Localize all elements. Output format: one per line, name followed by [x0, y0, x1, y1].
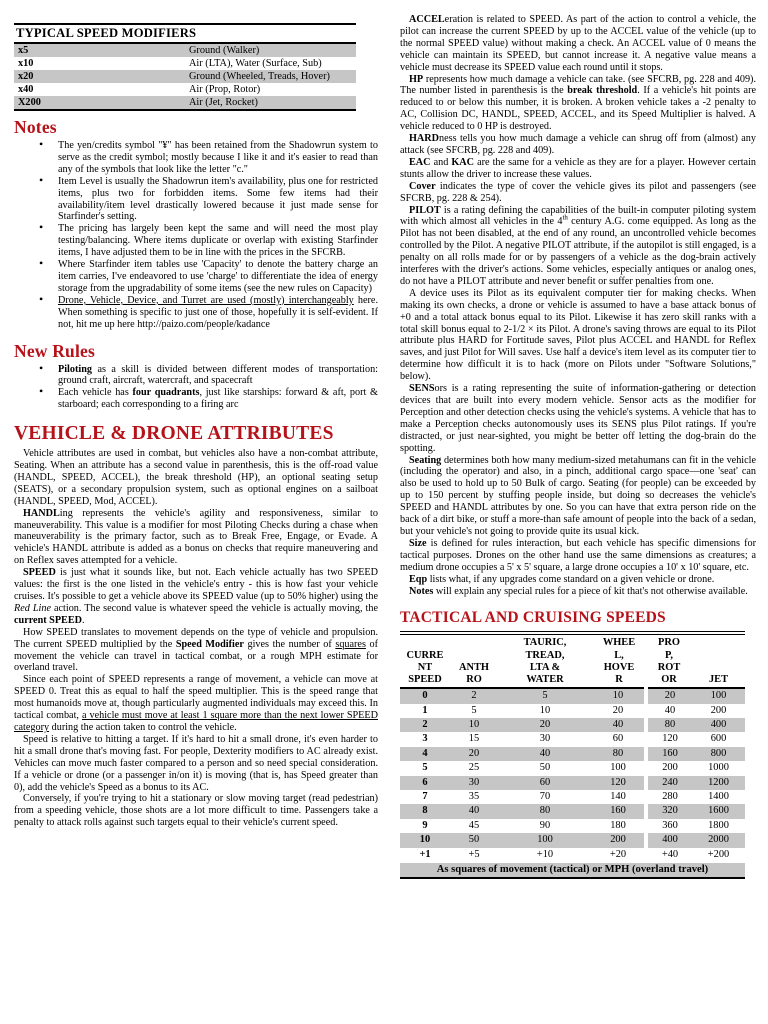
- text-run: four quadrants: [133, 387, 200, 398]
- table-cell: 90: [498, 819, 592, 833]
- table-cell: 3: [400, 732, 450, 746]
- table-cell: 5: [498, 688, 592, 703]
- table-cell: 1400: [692, 790, 745, 804]
- paragraph: A device uses its Pilot as its equivalen…: [400, 288, 756, 383]
- column-header: JET: [692, 635, 745, 688]
- table-cell: 100: [592, 761, 646, 775]
- table-cell: 2: [450, 688, 498, 703]
- paragraph: Cover indicates the type of cover the ve…: [400, 181, 756, 205]
- table-cell: 20: [646, 688, 692, 703]
- table-cell: 1200: [692, 776, 745, 790]
- table-cell: 25: [450, 761, 498, 775]
- table-cell: 100: [498, 833, 592, 847]
- table-cell: 9: [400, 819, 450, 833]
- table-row: 15102040200: [400, 704, 745, 718]
- table-row: x10Air (LTA), Water (Surface, Sub): [14, 57, 356, 70]
- table-cell: Air (LTA), Water (Surface, Sub): [185, 57, 356, 70]
- table-row: 210204080400: [400, 718, 745, 732]
- text-run: HANDL: [23, 508, 60, 519]
- table-cell: 4: [400, 747, 450, 761]
- text-run: Red Line: [14, 603, 51, 614]
- text-run: eration is related to SPEED. As part of …: [400, 14, 756, 73]
- text-run: Speed Modifier: [176, 639, 244, 650]
- table-cell: 400: [646, 833, 692, 847]
- table-cell: 40: [450, 804, 498, 818]
- text-run: Piloting: [58, 364, 92, 375]
- text-run: will explain any special rules for a pie…: [433, 586, 747, 597]
- text-run: KAC: [451, 157, 474, 168]
- table-cell: 120: [646, 732, 692, 746]
- text-run: action. The second value is whatever spe…: [51, 603, 378, 614]
- text-run: Cover: [409, 181, 436, 192]
- left-column: TYPICAL SPEED MODIFIERS x5Ground (Walker…: [14, 14, 378, 879]
- table-cell: 5: [400, 761, 450, 775]
- table-cell: 2: [400, 718, 450, 732]
- table-cell: 20: [592, 704, 646, 718]
- text-run: current SPEED: [14, 615, 82, 626]
- table-cell: 80: [592, 747, 646, 761]
- text-run: ACCEL: [409, 14, 445, 25]
- text-run: SENS: [409, 383, 434, 394]
- table-cell: 1600: [692, 804, 745, 818]
- table-row: 735701402801400: [400, 790, 745, 804]
- table-cell: 120: [592, 776, 646, 790]
- text-run: ing represents the vehicle's agility and…: [14, 508, 378, 567]
- text-run: indicates the type of cover the vehicle …: [400, 181, 756, 204]
- table-cell: Air (Jet, Rocket): [185, 96, 356, 110]
- text-run: A device uses its Pilot as its equivalen…: [400, 288, 756, 382]
- table-cell: 60: [592, 732, 646, 746]
- table-cell: x20: [14, 70, 185, 83]
- table-row: +1+5+10+20+40+200: [400, 848, 745, 863]
- paragraph: Size is defined for rules interaction, b…: [400, 538, 756, 574]
- table-cell: 200: [592, 833, 646, 847]
- attribute-definitions-paragraphs: ACCELeration is related to SPEED. As par…: [400, 14, 756, 597]
- notes-bullet: The yen/credits symbol "¥" has been reta…: [14, 140, 378, 176]
- column-header: ANTH RO: [450, 635, 498, 688]
- text-run: Each vehicle has: [58, 387, 133, 398]
- notes-heading: Notes: [14, 117, 378, 138]
- table-row: x5Ground (Walker): [14, 43, 356, 57]
- paragraph: Notes will explain any special rules for…: [400, 586, 756, 598]
- table-cell: 1: [400, 704, 450, 718]
- table-cell: 20: [498, 718, 592, 732]
- table-cell: 20: [450, 747, 498, 761]
- table-cell: Ground (Wheeled, Treads, Hover): [185, 70, 356, 83]
- text-run: Drone, Vehicle, Device, and Turret are u…: [58, 295, 354, 306]
- text-run: lists what, if any upgrades come standar…: [427, 574, 714, 585]
- table-cell: 40: [498, 747, 592, 761]
- new-rules-bullet: Piloting as a skill is divided between d…: [14, 364, 378, 388]
- paragraph: Vehicle attributes are used in combat, b…: [14, 448, 378, 508]
- table-cell: 2000: [692, 833, 745, 847]
- table-row: 525501002001000: [400, 761, 745, 775]
- text-run: HP: [409, 74, 423, 85]
- text-run: Item Level is usually the Shadowrun item…: [58, 176, 378, 223]
- table-cell: 800: [692, 747, 745, 761]
- paragraph: SENSors is a rating representing the sui…: [400, 383, 756, 454]
- table-cell: +200: [692, 848, 745, 863]
- table-row: 840801603201600: [400, 804, 745, 818]
- paragraph: PILOT is a rating defining the capabilit…: [400, 205, 756, 288]
- table-cell: 160: [646, 747, 692, 761]
- text-run: ness tells you how much damage a vehicle…: [400, 133, 756, 156]
- table-cell: 60: [498, 776, 592, 790]
- table-cell: 30: [450, 776, 498, 790]
- table-cell: 100: [692, 688, 745, 703]
- table-cell: 600: [692, 732, 745, 746]
- table-cell: 40: [592, 718, 646, 732]
- table-cell: x5: [14, 43, 185, 57]
- column-header: TAURIC, TREAD, LTA & WATER: [498, 635, 592, 688]
- paragraph: Conversely, if you're trying to hit a st…: [14, 793, 378, 829]
- text-run: as a skill is divided between different …: [58, 364, 378, 387]
- table-row: x20Ground (Wheeled, Treads, Hover): [14, 70, 356, 83]
- notes-bullet: Item Level is usually the Shadowrun item…: [14, 176, 378, 224]
- text-run: The pricing has largely been kept the sa…: [58, 223, 378, 258]
- text-run: Notes: [409, 586, 433, 597]
- notes-bullet: Where Starfinder item tables use 'Capaci…: [14, 259, 378, 295]
- text-run: PILOT: [409, 205, 441, 216]
- attributes-paragraphs: Vehicle attributes are used in combat, b…: [14, 448, 378, 829]
- table-row: 3153060120600: [400, 732, 745, 746]
- paragraph: HP represents how much damage a vehicle …: [400, 74, 756, 134]
- speed-modifiers-table-body: x5Ground (Walker)x10Air (LTA), Water (Su…: [14, 43, 356, 110]
- table-cell: Air (Prop, Rotor): [185, 83, 356, 96]
- table-cell: x10: [14, 57, 185, 70]
- document-page: TYPICAL SPEED MODIFIERS x5Ground (Walker…: [0, 0, 768, 879]
- text-run: is defined for rules interaction, but ea…: [400, 538, 756, 573]
- paragraph: ACCELeration is related to SPEED. As par…: [400, 14, 756, 74]
- table-cell: X200: [14, 96, 185, 110]
- table-cell: 35: [450, 790, 498, 804]
- paragraph: EAC and KAC are the same for a vehicle a…: [400, 157, 756, 181]
- table-cell: 70: [498, 790, 592, 804]
- table-cell: 140: [592, 790, 646, 804]
- text-run: Seating: [409, 455, 441, 466]
- table-cell: 180: [592, 819, 646, 833]
- table-cell: +5: [450, 848, 498, 863]
- table-cell: 10: [450, 718, 498, 732]
- table-cell: 40: [646, 704, 692, 718]
- table-cell: 45: [450, 819, 498, 833]
- table-cell: x40: [14, 83, 185, 96]
- text-run: break threshold: [567, 85, 637, 96]
- table-cell: 10: [400, 833, 450, 847]
- speeds-table-body: 0251020100151020402002102040804003153060…: [400, 688, 745, 862]
- table-cell: 0: [400, 688, 450, 703]
- table-cell: 400: [692, 718, 745, 732]
- text-run: and: [431, 157, 452, 168]
- tactical-cruising-speeds-heading: TACTICAL AND CRUISING SPEEDS: [400, 609, 756, 627]
- table-row: 630601202401200: [400, 776, 745, 790]
- notes-bullet: The pricing has largely been kept the sa…: [14, 223, 378, 259]
- speeds-table-header-row: CURRE NT SPEEDANTH ROTAURIC, TREAD, LTA …: [400, 635, 745, 688]
- table-cell: 240: [646, 776, 692, 790]
- column-header: CURRE NT SPEED: [400, 635, 450, 688]
- table-cell: Ground (Walker): [185, 43, 356, 57]
- table-cell: 50: [498, 761, 592, 775]
- text-run: .: [82, 615, 85, 626]
- table-cell: +20: [592, 848, 646, 863]
- table-cell: 15: [450, 732, 498, 746]
- text-run: Where Starfinder item tables use 'Capaci…: [58, 259, 378, 294]
- notes-bullet: Drone, Vehicle, Device, and Turret are u…: [14, 295, 378, 331]
- text-run: SPEED: [23, 567, 56, 578]
- table-title-row: TYPICAL SPEED MODIFIERS: [14, 24, 356, 43]
- text-run: is just what it sounds like, but not. Ea…: [14, 567, 378, 602]
- table-cell: +10: [498, 848, 592, 863]
- speed-modifiers-table: TYPICAL SPEED MODIFIERS x5Ground (Walker…: [14, 23, 356, 111]
- table-row: x40Air (Prop, Rotor): [14, 83, 356, 96]
- paragraph: Speed is relative to hitting a target. I…: [14, 734, 378, 794]
- table-row: 4204080160800: [400, 747, 745, 761]
- table-cell: 200: [646, 761, 692, 775]
- table-row: 945901803601800: [400, 819, 745, 833]
- table-cell: 360: [646, 819, 692, 833]
- text-run: Conversely, if you're trying to hit a st…: [14, 793, 378, 828]
- text-run: during the action taken to control the v…: [49, 722, 237, 733]
- vehicle-drone-attributes-heading: VEHICLE & DRONE ATTRIBUTES: [14, 423, 378, 445]
- table-row: X200Air (Jet, Rocket): [14, 96, 356, 110]
- table-cell: 200: [692, 704, 745, 718]
- column-header: PRO P, ROT OR: [646, 635, 692, 688]
- new-rules-bullet-list: Piloting as a skill is divided between d…: [14, 364, 378, 412]
- paragraph: Seating determines both how many medium-…: [400, 455, 756, 538]
- speeds-table-footer-note: As squares of movement (tactical) or MPH…: [400, 863, 745, 879]
- new-rules-bullet: Each vehicle has four quadrants, just li…: [14, 387, 378, 411]
- table-cell: 5: [450, 704, 498, 718]
- text-run: Vehicle attributes are used in combat, b…: [14, 448, 378, 507]
- new-rules-heading: New Rules: [14, 341, 378, 362]
- table-cell: 7: [400, 790, 450, 804]
- table-cell: +40: [646, 848, 692, 863]
- table-cell: 10: [592, 688, 646, 703]
- text-run: The yen/credits symbol "¥" has been reta…: [58, 140, 378, 175]
- paragraph: SPEED is just what it sounds like, but n…: [14, 567, 378, 627]
- paragraph: How SPEED translates to movement depends…: [14, 627, 378, 675]
- table-cell: 80: [498, 804, 592, 818]
- table-cell: 280: [646, 790, 692, 804]
- text-run: HARD: [409, 133, 439, 144]
- text-run: EAC: [409, 157, 431, 168]
- table-cell: 160: [592, 804, 646, 818]
- table-cell: 8: [400, 804, 450, 818]
- column-header: WHEE L, HOVE R: [592, 635, 646, 688]
- table-cell: 30: [498, 732, 592, 746]
- speeds-table-footer-row: As squares of movement (tactical) or MPH…: [400, 863, 745, 879]
- table-cell: 1800: [692, 819, 745, 833]
- text-run: Size: [409, 538, 427, 549]
- notes-bullet-list: The yen/credits symbol "¥" has been reta…: [14, 140, 378, 331]
- speeds-table: CURRE NT SPEEDANTH ROTAURIC, TREAD, LTA …: [400, 634, 745, 879]
- text-run: gives the number of: [244, 639, 335, 650]
- text-run: ors is a rating representing the suite o…: [400, 383, 756, 454]
- table-cell: +1: [400, 848, 450, 863]
- table-cell: 320: [646, 804, 692, 818]
- table-cell: 80: [646, 718, 692, 732]
- table-cell: 10: [498, 704, 592, 718]
- right-column: ACCELeration is related to SPEED. As par…: [400, 14, 756, 879]
- table-row: 10501002004002000: [400, 833, 745, 847]
- table-cell: 50: [450, 833, 498, 847]
- paragraph: HARDness tells you how much damage a veh…: [400, 133, 756, 157]
- text-run: Eqp: [409, 574, 427, 585]
- table-cell: 1000: [692, 761, 745, 775]
- speeds-table-top-rule: CURRE NT SPEEDANTH ROTAURIC, TREAD, LTA …: [400, 631, 745, 879]
- paragraph: HANDLing represents the vehicle's agilit…: [14, 508, 378, 568]
- text-run: Speed is relative to hitting a target. I…: [14, 734, 378, 793]
- table-row: 0251020100: [400, 688, 745, 703]
- table-cell: 6: [400, 776, 450, 790]
- paragraph: Since each point of SPEED represents a r…: [14, 674, 378, 734]
- text-run: squares: [335, 639, 366, 650]
- speed-modifiers-table-title: TYPICAL SPEED MODIFIERS: [14, 24, 356, 43]
- text-run: determines both how many medium-sized me…: [400, 455, 756, 537]
- paragraph: Eqp lists what, if any upgrades come sta…: [400, 574, 756, 586]
